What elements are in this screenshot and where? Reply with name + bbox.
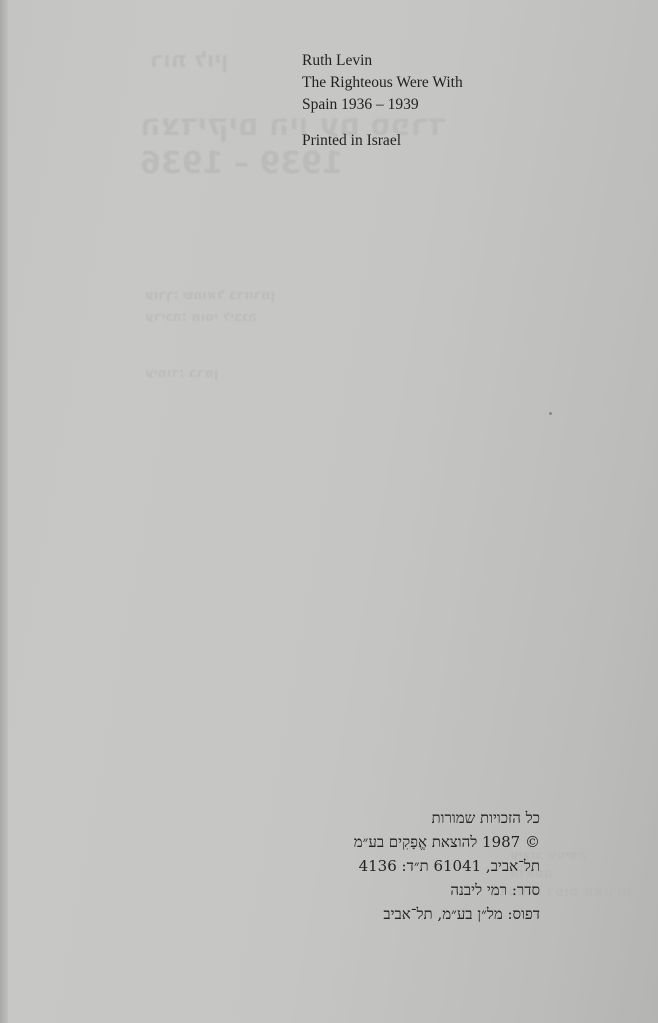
author-name: Ruth Levin bbox=[302, 50, 463, 72]
publisher-address: תל־אביב, 61041 ת״ד: 4136 bbox=[354, 854, 540, 878]
bleed-through-text: רות לוין bbox=[150, 48, 228, 73]
title-line-2: Spain 1936 – 1939 bbox=[302, 94, 463, 116]
paper-speck bbox=[549, 412, 552, 415]
gutter-shadow bbox=[0, 0, 8, 1023]
typesetting-credit: סדר: רמי ליבנה bbox=[354, 878, 540, 902]
printed-in-note: Printed in Israel bbox=[302, 130, 463, 152]
bleed-through-text: עורך: שמואל ברוורמן bbox=[145, 288, 275, 303]
copyright-line: © 1987 להוצאת אֱפָקִים בע״מ bbox=[354, 830, 540, 854]
bleed-through-text: עריכה: מוטי ליבנה bbox=[145, 310, 257, 325]
bleed-through-text: עימוד: ברמן bbox=[145, 366, 218, 381]
title-line-1: The Righteous Were With bbox=[302, 72, 463, 94]
hebrew-imprint: כל הזכויות שמורות © 1987 להוצאת אֱפָקִים… bbox=[354, 806, 540, 926]
book-page: רות לוין הצדיקים היו עם ספרד 1939 – 1936… bbox=[0, 0, 658, 1023]
english-imprint: Ruth Levin The Righteous Were With Spain… bbox=[302, 50, 463, 152]
rights-reserved: כל הזכויות שמורות bbox=[354, 806, 540, 830]
printing-credit: דפוס: מל״ן בע״מ, תל־אביב bbox=[354, 902, 540, 926]
